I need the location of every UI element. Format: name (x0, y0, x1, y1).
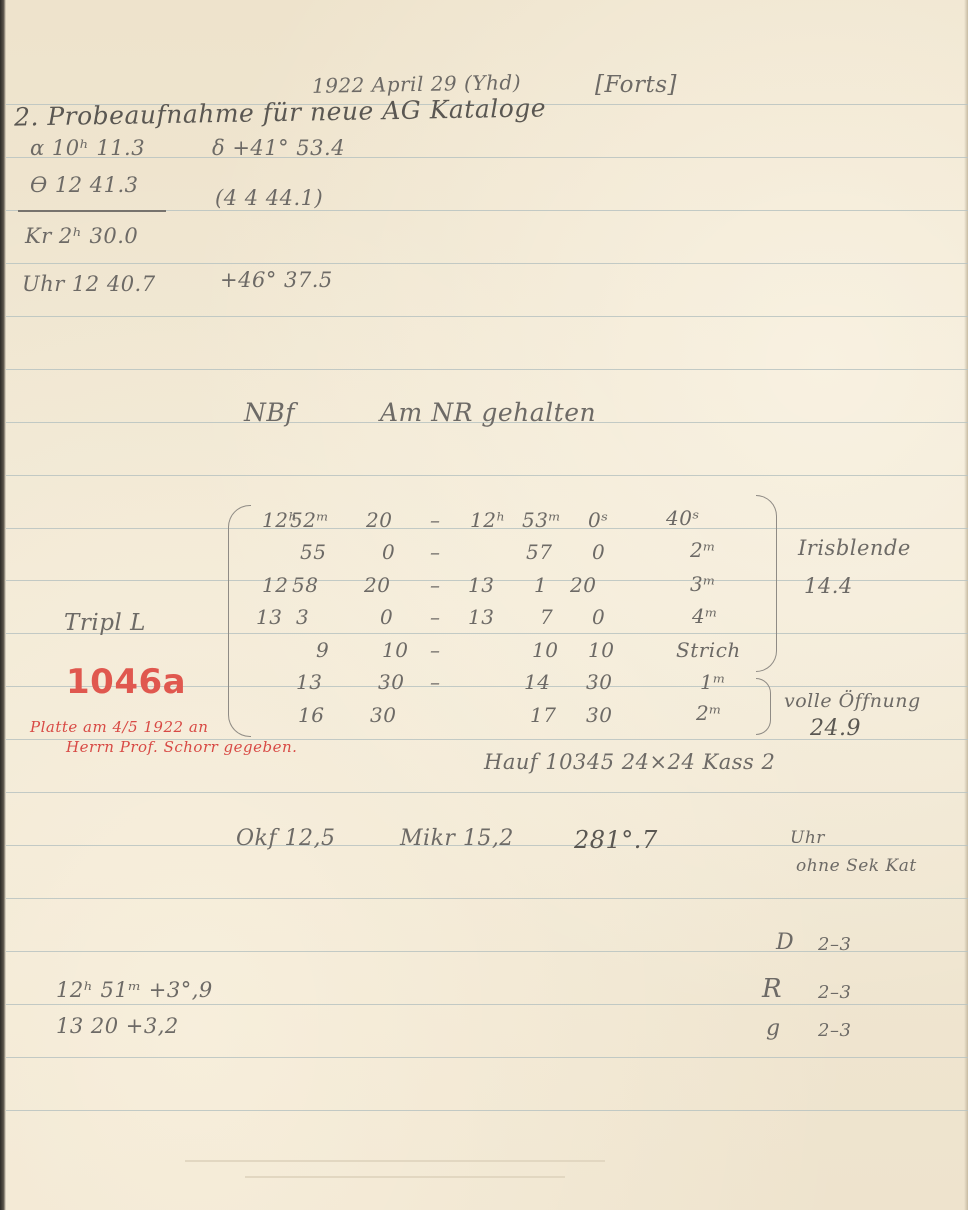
ruled-line (6, 316, 968, 317)
row-start-hour: 13 (256, 605, 282, 629)
row-end-min: 7 (540, 605, 553, 629)
row-start-sec: 30 (370, 703, 396, 727)
page-right-edge (964, 0, 968, 1210)
bleed-through-text (185, 1150, 605, 1190)
row-dash: – (430, 540, 441, 564)
row-dash: – (430, 670, 441, 694)
row-end-sec: 0ˢ (588, 508, 608, 532)
ruled-line (6, 369, 968, 370)
row-start-min: 16 (298, 703, 324, 727)
row-start-sec: 20 (366, 508, 392, 532)
row-end-min: 57 (526, 540, 552, 564)
sum-underline (18, 210, 166, 212)
page-binding-edge (0, 0, 6, 1210)
uhr-declination: +46° 37.5 (220, 268, 333, 292)
row-start-hour: 12 (262, 573, 288, 597)
full-aperture-label: volle Öffnung (784, 690, 921, 712)
row-start-sec: 20 (364, 573, 390, 597)
quality-value: 2–3 (818, 934, 851, 955)
instrument-note: Am NR gehalten (380, 398, 596, 427)
ruled-line (6, 263, 968, 264)
row-end-hour: 13 (468, 605, 494, 629)
quality-key: D (776, 930, 794, 955)
row-dash: – (430, 573, 441, 597)
row-duration: 40ˢ (666, 506, 700, 530)
row-duration: Strich (676, 638, 741, 662)
eyepiece-value: Okf 12,5 (236, 826, 336, 851)
right-brace-full (756, 678, 771, 735)
iris-label: Irisblende (798, 536, 911, 560)
row-duration: 3ᵐ (690, 572, 716, 596)
plate-info: Hauf 10345 24×24 Kass 2 (484, 750, 775, 774)
delta-value: δ +41° 53.4 (212, 136, 345, 160)
row-start-min: 55 (300, 540, 326, 564)
left-brace (228, 505, 251, 737)
row-end-sec: 20 (570, 573, 596, 597)
correction-line-2: 13 20 +3,2 (56, 1014, 179, 1038)
ruled-line (6, 1004, 968, 1005)
angle-value: 281°.7 (574, 826, 658, 854)
row-dash: – (430, 508, 441, 532)
kr-value: Kr 2ʰ 30.0 (25, 224, 138, 248)
row-start-sec: 30 (378, 670, 404, 694)
notebook-page: 1922 April 29 (Yhd) [Forts] 2. Probeaufn… (0, 0, 968, 1210)
row-start-sec: 0 (380, 605, 393, 629)
full-aperture-value: 24.9 (810, 716, 861, 741)
row-start-min: 58 (292, 573, 318, 597)
row-start-min: 52ᵐ (290, 508, 329, 532)
row-start-min: 3 (296, 605, 309, 629)
entry-title: 2. Probeaufnahme für neue AG Kataloge (14, 93, 547, 131)
triplet-label: Tripl L (64, 610, 146, 636)
nbf-label: NBf (244, 398, 295, 427)
row-duration: 2ᵐ (690, 538, 716, 562)
row-end-hour: 12ʰ (470, 508, 506, 532)
right-brace-iris (756, 495, 777, 672)
ruled-line (6, 157, 968, 158)
ruled-line (6, 898, 968, 899)
ruled-line (6, 475, 968, 476)
row-dash: – (430, 638, 441, 662)
plate-note-line1: Platte am 4/5 1922 an (30, 718, 208, 736)
row-end-min: 1 (534, 573, 547, 597)
row-end-sec: 0 (592, 605, 605, 629)
quality-key: R (762, 974, 782, 1004)
row-duration: 4ᵐ (692, 604, 718, 628)
row-end-sec: 30 (586, 670, 612, 694)
iris-value: 14.4 (804, 574, 853, 598)
plate-number: 1046a (66, 662, 186, 702)
row-duration: 1ᵐ (700, 670, 726, 694)
micrometer-value: Mikr 15,2 (400, 826, 514, 851)
row-end-hour: 13 (468, 573, 494, 597)
theta-value: ϴ 12 41.3 (30, 173, 139, 197)
row-start-min: 9 (316, 638, 329, 662)
uhr-value: Uhr 12 40.7 (22, 272, 156, 296)
correction-line-1: 12ʰ 51ᵐ +3°,9 (56, 978, 213, 1002)
row-start-sec: 10 (382, 638, 408, 662)
alpha-value: α 10ʰ 11.3 (30, 136, 145, 160)
ruled-line (6, 1110, 968, 1111)
ruled-line (6, 792, 968, 793)
row-end-sec: 10 (588, 638, 614, 662)
quality-value: 2–3 (818, 1020, 851, 1041)
row-end-min: 17 (530, 703, 556, 727)
row-end-sec: 0 (592, 540, 605, 564)
row-start-min: 13 (296, 670, 322, 694)
plate-note-line2: Herrn Prof. Schorr gegeben. (66, 738, 297, 756)
row-dash: – (430, 605, 441, 629)
row-end-sec: 30 (586, 703, 612, 727)
clock-note-line1: Uhr (790, 828, 825, 848)
row-end-min: 10 (532, 638, 558, 662)
row-duration: 2ᵐ (696, 701, 722, 725)
theta-note: (4 4 44.1) (215, 186, 323, 210)
row-start-sec: 0 (382, 540, 395, 564)
ruled-line (6, 633, 968, 634)
quality-key: g (766, 1016, 781, 1041)
ruled-line (6, 1057, 968, 1058)
continuation-bracket: [Forts] (595, 72, 677, 98)
clock-note-line2: ohne Sek Kat (796, 856, 917, 876)
row-end-min: 53ᵐ (522, 508, 561, 532)
quality-value: 2–3 (818, 982, 851, 1003)
row-end-min: 14 (524, 670, 550, 694)
